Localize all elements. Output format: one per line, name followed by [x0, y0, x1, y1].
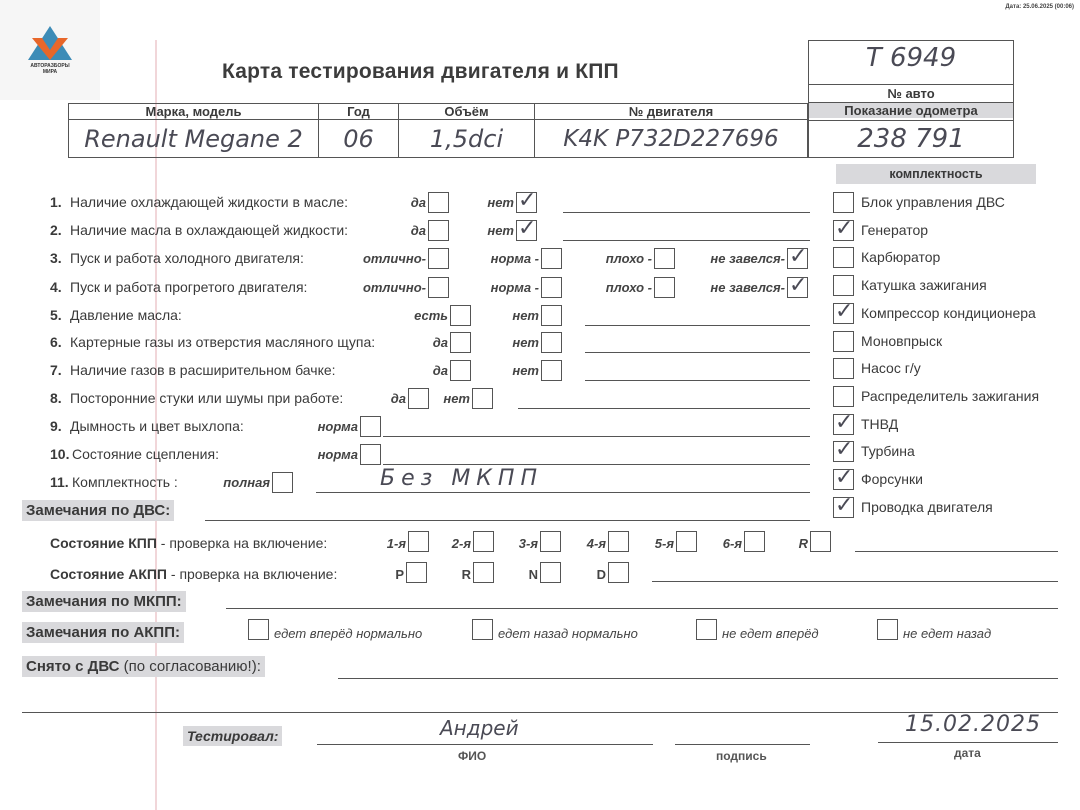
- check-label: Пуск и работа холодного двигателя:: [70, 250, 304, 266]
- mode-label: N: [520, 567, 538, 582]
- header-engine-number: № двигателя: [535, 104, 807, 120]
- option-label: не завелся-: [690, 251, 785, 266]
- completeness-checkbox[interactable]: [833, 192, 854, 213]
- mode-checkbox[interactable]: [608, 562, 629, 583]
- option-checkbox[interactable]: [654, 248, 675, 269]
- option-checkbox[interactable]: [360, 416, 381, 437]
- completeness-checkbox[interactable]: [833, 441, 854, 462]
- gear-checkbox[interactable]: [744, 531, 765, 552]
- completeness-item-label: Распределитель зажигания: [861, 388, 1039, 404]
- check-notes-field[interactable]: [585, 380, 810, 381]
- option-checkbox[interactable]: [787, 277, 808, 298]
- gear-label: R: [792, 536, 808, 551]
- completeness-checkbox[interactable]: [833, 220, 854, 241]
- option-checkbox[interactable]: [654, 277, 675, 298]
- mode-checkbox[interactable]: [406, 562, 427, 583]
- completeness-item-label: Форсунки: [861, 471, 923, 487]
- mkpp-notes-label: Замечания по МКПП:: [22, 591, 186, 612]
- akpp-note-checkbox[interactable]: [472, 619, 493, 640]
- completeness-item-label: Насос г/у: [861, 360, 921, 376]
- check-label: Картерные газы из отверстия масляного щу…: [70, 334, 375, 350]
- gear-checkbox[interactable]: [676, 531, 697, 552]
- check-number: 10.: [50, 446, 69, 462]
- akpp-notes-label: Замечания по АКПП:: [22, 622, 184, 643]
- option-label: полная: [200, 475, 270, 490]
- option-label: нет: [475, 335, 539, 350]
- completeness-item-label: Компрессор кондиционера: [861, 305, 1036, 321]
- gear-checkbox[interactable]: [608, 531, 629, 552]
- option-checkbox[interactable]: [450, 305, 471, 326]
- option-checkbox[interactable]: [450, 360, 471, 381]
- option-checkbox[interactable]: [428, 277, 449, 298]
- akpp-note-label: едет вперёд нормально: [274, 626, 422, 641]
- removed-label: Снято с ДВС (по согласованию!):: [22, 656, 265, 677]
- akpp-note-checkbox[interactable]: [877, 619, 898, 640]
- gear-label: 6-я: [716, 536, 742, 551]
- check-number: 8.: [50, 390, 62, 406]
- akpp-note-checkbox[interactable]: [696, 619, 717, 640]
- option-label: плохо -: [580, 251, 652, 266]
- completeness-checkbox[interactable]: [833, 247, 854, 268]
- gear-label: 4-я: [580, 536, 606, 551]
- option-checkbox[interactable]: [472, 388, 493, 409]
- date-value[interactable]: 15.02.2025: [905, 712, 1041, 737]
- option-label: отлично-: [335, 280, 426, 295]
- mode-label: D: [590, 567, 606, 582]
- completeness-checkbox[interactable]: [833, 331, 854, 352]
- removed-field[interactable]: [338, 678, 1058, 679]
- akpp-note-label: едет назад нормально: [498, 626, 638, 641]
- print-date-stamp: Дата: 25.06.2025 (00:06): [1005, 4, 1074, 10]
- option-checkbox[interactable]: [541, 248, 562, 269]
- option-checkbox[interactable]: [516, 220, 537, 241]
- check-label: Посторонние стуки или шумы при работе:: [70, 390, 343, 406]
- check-label: Наличие охлаждающей жидкости в масле:: [70, 194, 348, 210]
- gear-label: 3-я: [512, 536, 538, 551]
- check-number: 9.: [50, 418, 62, 434]
- check-notes-field[interactable]: [316, 492, 810, 493]
- mode-checkbox[interactable]: [473, 562, 494, 583]
- option-checkbox[interactable]: [541, 305, 562, 326]
- option-label: есть: [390, 308, 448, 323]
- completeness-checkbox[interactable]: [833, 414, 854, 435]
- option-checkbox[interactable]: [516, 192, 537, 213]
- check-label: Пуск и работа прогретого двигателя:: [70, 279, 307, 295]
- akpp-check-notes-field[interactable]: [652, 581, 1058, 582]
- page-title: Карта тестирования двигателя и КПП: [222, 60, 619, 84]
- option-label: нет: [475, 308, 539, 323]
- option-label: да: [360, 223, 426, 238]
- check-label: Комплектность :: [72, 474, 178, 490]
- option-label: да: [390, 363, 448, 378]
- option-checkbox[interactable]: [541, 332, 562, 353]
- check-notes-field[interactable]: [383, 464, 810, 465]
- name-caption: ФИО: [458, 749, 486, 763]
- option-label: да: [360, 391, 406, 406]
- header-make-model: Марка, модель: [69, 104, 318, 120]
- option-checkbox[interactable]: [541, 360, 562, 381]
- check-number: 2.: [50, 222, 62, 238]
- option-label: норма: [280, 447, 358, 462]
- option-checkbox[interactable]: [428, 192, 449, 213]
- akpp-note-label: не едет назад: [903, 626, 991, 641]
- option-label: да: [360, 195, 426, 210]
- signature-caption: подпись: [716, 749, 767, 763]
- removed-field-line-2[interactable]: [22, 712, 1058, 713]
- completeness-checkbox[interactable]: [833, 275, 854, 296]
- option-checkbox[interactable]: [450, 332, 471, 353]
- completeness-note-value[interactable]: Без МКПП: [380, 466, 543, 491]
- check-notes-field[interactable]: [383, 436, 810, 437]
- option-label: нет: [475, 195, 514, 210]
- check-label: Дымность и цвет выхлопа:: [70, 418, 244, 434]
- option-checkbox[interactable]: [541, 277, 562, 298]
- mkpp-notes-field[interactable]: [226, 608, 1058, 609]
- gear-checkbox[interactable]: [408, 531, 429, 552]
- engine-notes-field[interactable]: [205, 520, 810, 521]
- year-value[interactable]: 06: [319, 121, 398, 158]
- check-label: Наличие масла в охлаждающей жидкости:: [70, 222, 348, 238]
- vehicle-table: Марка, модель Год Объём № двигателя Rena…: [68, 103, 808, 158]
- odometer-label: Показание одометра: [809, 102, 1013, 118]
- gear-label: 5-я: [648, 536, 674, 551]
- check-label: Состояние сцепления:: [72, 446, 219, 462]
- mode-label: R: [455, 567, 471, 582]
- tester-name-field[interactable]: [317, 744, 653, 745]
- completeness-item-label: Моновпрыск: [861, 333, 942, 349]
- mode-checkbox[interactable]: [540, 562, 561, 583]
- completeness-item-label: Турбина: [861, 443, 915, 459]
- completeness-checkbox[interactable]: [833, 303, 854, 324]
- akpp-label: Состояние АКПП - проверка на включение:: [50, 566, 337, 582]
- logo-icon: [28, 24, 72, 62]
- volume-value[interactable]: 1,5dci: [399, 121, 534, 158]
- option-label: норма: [280, 419, 358, 434]
- logo: АВТОРАЗБОРЫ МИРА: [0, 0, 100, 100]
- tested-by-label: Тестировал:: [183, 726, 282, 746]
- check-notes-field[interactable]: [563, 212, 810, 213]
- option-checkbox[interactable]: [428, 220, 449, 241]
- option-label: нет: [475, 223, 514, 238]
- completeness-item-label: Генератор: [861, 222, 928, 238]
- akpp-note-checkbox[interactable]: [248, 619, 269, 640]
- completeness-checkbox[interactable]: [833, 386, 854, 407]
- check-number: 5.: [50, 307, 62, 323]
- header-volume: Объём: [399, 104, 534, 120]
- option-label: норма -: [460, 280, 539, 295]
- completeness-item-label: Блок управления ДВС: [861, 194, 1005, 210]
- completeness-item-label: Проводка двигателя: [861, 499, 993, 515]
- logo-text: АВТОРАЗБОРЫ МИРА: [0, 63, 100, 75]
- check-label: Давление масла:: [70, 307, 182, 323]
- signature-field[interactable]: [675, 744, 810, 745]
- option-checkbox[interactable]: [272, 472, 293, 493]
- engine-notes-label: Замечания по ДВС:: [22, 500, 174, 521]
- check-number: 4.: [50, 279, 62, 295]
- completeness-checkbox[interactable]: [833, 358, 854, 379]
- kpp-notes-field[interactable]: [855, 551, 1058, 552]
- check-label: Наличие газов в расширительном бачке:: [70, 362, 336, 378]
- option-checkbox[interactable]: [360, 444, 381, 465]
- check-number: 3.: [50, 250, 62, 266]
- completeness-checkbox[interactable]: [833, 469, 854, 490]
- odometer-value[interactable]: 238 791: [809, 120, 1013, 156]
- option-label: норма -: [460, 251, 539, 266]
- completeness-item-label: Карбюратор: [861, 249, 940, 265]
- completeness-header: комплектность: [836, 164, 1036, 184]
- car-info-box: T 6949 № авто Показание одометра 238 791: [808, 40, 1014, 158]
- gear-checkbox[interactable]: [540, 531, 561, 552]
- check-number: 11.: [50, 474, 69, 490]
- check-notes-field[interactable]: [518, 408, 810, 409]
- date-caption: дата: [954, 746, 981, 760]
- check-notes-field[interactable]: [563, 240, 810, 241]
- completeness-item-label: ТНВД: [861, 416, 898, 432]
- mode-label: P: [388, 567, 404, 582]
- option-checkbox[interactable]: [428, 248, 449, 269]
- engine-number-value[interactable]: K4K P732D227696: [535, 121, 807, 158]
- check-number: 6.: [50, 334, 62, 350]
- option-label: нет: [475, 363, 539, 378]
- option-label: плохо -: [580, 280, 652, 295]
- tester-name-value[interactable]: Андрей: [440, 716, 519, 740]
- gear-checkbox[interactable]: [810, 531, 831, 552]
- check-number: 1.: [50, 194, 62, 210]
- gear-label: 2-я: [445, 536, 471, 551]
- completeness-item-label: Катушка зажигания: [861, 277, 987, 293]
- akpp-note-label: не едет вперёд: [722, 626, 819, 641]
- option-label: да: [390, 335, 448, 350]
- check-notes-field[interactable]: [585, 325, 810, 326]
- completeness-checkbox[interactable]: [833, 497, 854, 518]
- header-year: Год: [319, 104, 398, 120]
- option-label: нет: [420, 391, 470, 406]
- car-number-label: № авто: [809, 84, 1013, 101]
- check-notes-field[interactable]: [585, 352, 810, 353]
- kpp-label: Состояние КПП - проверка на включение:: [50, 535, 327, 551]
- option-checkbox[interactable]: [787, 248, 808, 269]
- gear-checkbox[interactable]: [473, 531, 494, 552]
- option-label: не завелся-: [690, 280, 785, 295]
- option-label: отлично-: [335, 251, 426, 266]
- car-number-value[interactable]: T 6949: [809, 43, 1013, 73]
- gear-label: 1-я: [380, 536, 406, 551]
- check-number: 7.: [50, 362, 62, 378]
- date-field[interactable]: [878, 742, 1058, 743]
- make-model-value[interactable]: Renault Megane 2: [69, 121, 318, 158]
